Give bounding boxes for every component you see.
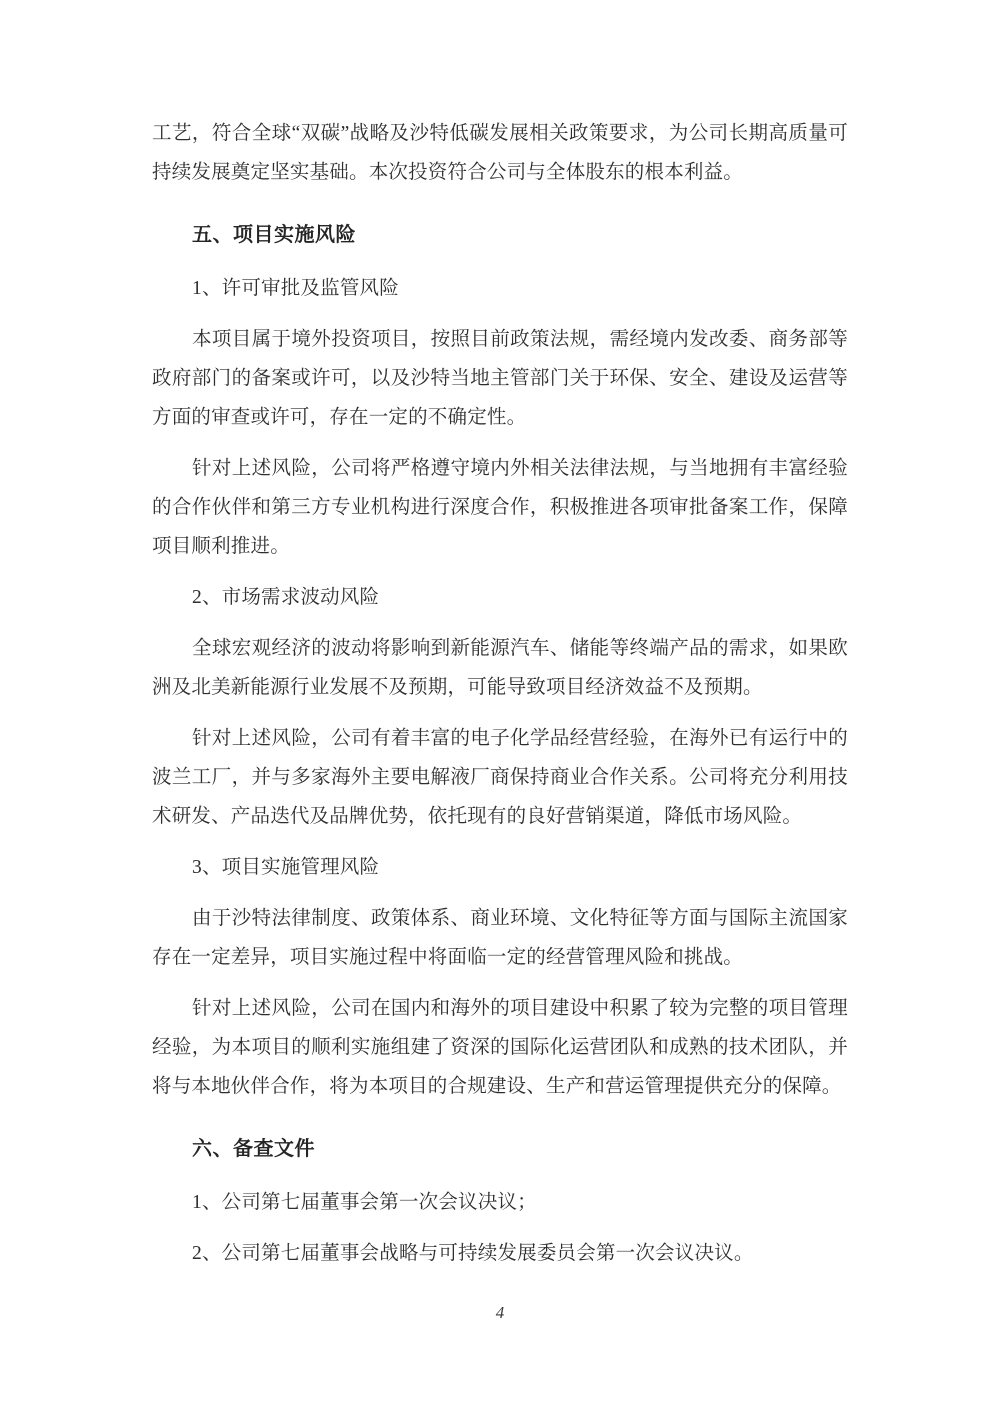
page-number: 4 (0, 1303, 1000, 1323)
paragraph: 全球宏观经济的波动将影响到新能源汽车、储能等终端产品的需求，如果欧洲及北美新能源… (152, 629, 848, 707)
section-heading-5: 五、项目实施风险 (152, 216, 848, 255)
list-item: 2、公司第七届董事会战略与可持续发展委员会第一次会议决议。 (152, 1234, 848, 1273)
paragraph: 针对上述风险，公司将严格遵守境内外相关法律法规，与当地拥有丰富经验的合作伙伴和第… (152, 449, 848, 566)
subsection-heading: 1、许可审批及监管风险 (152, 269, 848, 308)
subsection-heading: 2、市场需求波动风险 (152, 578, 848, 617)
document-body: 工艺，符合全球“双碳”战略及沙特低碳发展相关政策要求，为公司长期高质量可持续发展… (152, 114, 848, 1285)
document-page: 工艺，符合全球“双碳”战略及沙特低碳发展相关政策要求，为公司长期高质量可持续发展… (0, 0, 1000, 1414)
list-item: 1、公司第七届董事会第一次会议决议； (152, 1183, 848, 1222)
paragraph: 工艺，符合全球“双碳”战略及沙特低碳发展相关政策要求，为公司长期高质量可持续发展… (152, 114, 848, 192)
paragraph: 本项目属于境外投资项目，按照目前政策法规，需经境内发改委、商务部等政府部门的备案… (152, 320, 848, 437)
paragraph: 由于沙特法律制度、政策体系、商业环境、文化特征等方面与国际主流国家存在一定差异，… (152, 899, 848, 977)
paragraph: 针对上述风险，公司有着丰富的电子化学品经营经验，在海外已有运行中的波兰工厂，并与… (152, 719, 848, 836)
paragraph: 针对上述风险，公司在国内和海外的项目建设中积累了较为完整的项目管理经验，为本项目… (152, 989, 848, 1106)
subsection-heading: 3、项目实施管理风险 (152, 848, 848, 887)
section-heading-6: 六、备查文件 (152, 1130, 848, 1169)
